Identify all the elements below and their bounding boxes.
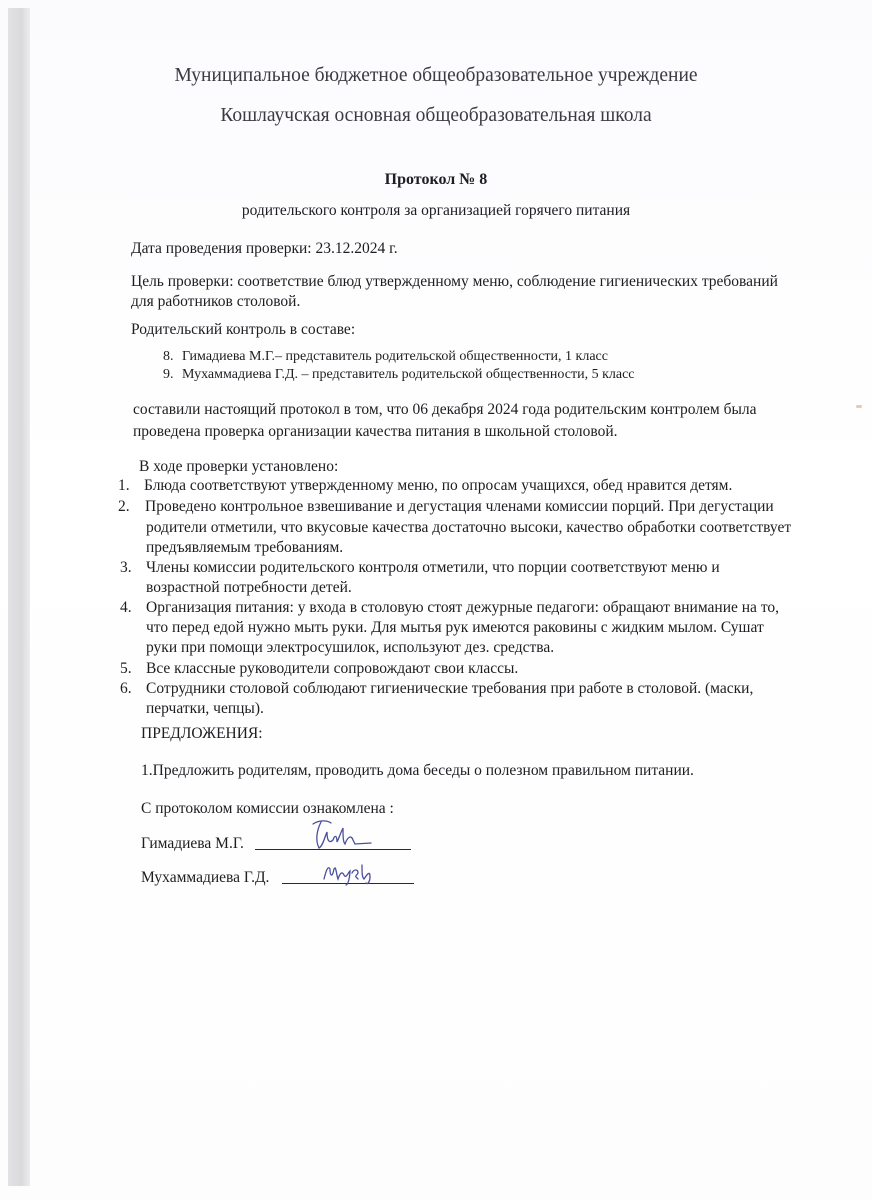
inspection-goal-line-1: Цель проверки: соответствие блюд утвержд… [131, 274, 778, 290]
finding-text: Блюда соответствуют утвержденному меню, … [144, 478, 732, 494]
handwritten-signature-icon [305, 818, 375, 854]
finding-text: Сотрудники столовой соблюдают гигиеничес… [146, 681, 753, 697]
proposals-heading: ПРЕДЛОЖЕНИЯ: [141, 726, 263, 742]
finding-text: возрастной потребности детей. [146, 580, 352, 596]
member-text: Гимадиева М.Г.– представитель родительск… [182, 350, 608, 364]
statement-line-2: проведена проверка организации качества … [133, 424, 618, 440]
scan-speck [856, 405, 862, 408]
member-text: Мухаммадиева Г.Д. – представитель родите… [182, 368, 635, 382]
proposal-item: 1.Предложить родителям, проводить дома б… [141, 763, 694, 779]
finding-text: что перед едой нужно мыть руки. Для мыть… [146, 620, 764, 636]
inspection-date: Дата проведения проверки: 23.12.2024 г. [131, 241, 398, 257]
finding-text: родители отметили, что вкусовые качества… [146, 520, 791, 536]
finding-text: предъявляемым требованиям. [146, 540, 343, 556]
acknowledgement-text: С протоколом комиссии ознакомлена : [141, 801, 394, 817]
statement-line-1: составили настоящий протокол в том, что … [133, 402, 757, 418]
list-number: 3. [120, 560, 132, 576]
protocol-subtitle: родительского контроля за организацией г… [0, 203, 872, 219]
list-number: 2. [118, 499, 130, 515]
finding-text: руки при помощи электросушилок, использу… [146, 640, 554, 656]
list-number: 5. [120, 661, 132, 677]
signatory-name: Мухаммадиева Г.Д. [141, 870, 269, 886]
finding-text: Организация питания: у входа в столовую … [146, 600, 779, 616]
list-number: 9. [163, 368, 174, 382]
scanned-page: Муниципальное бюджетное общеобразователь… [0, 0, 872, 1200]
inspection-goal-line-2: для работников столовой. [131, 294, 300, 310]
handwritten-signature-icon [318, 859, 380, 887]
finding-text: Члены комиссии родительского контроля от… [146, 560, 720, 576]
list-number: 6. [120, 681, 132, 697]
institution-line-2: Кошлаучская основная общеобразовательная… [0, 106, 872, 126]
finding-text: Все классные руководители сопровождают с… [146, 661, 518, 677]
committee-intro: Родительский контроль в составе: [131, 322, 355, 338]
protocol-title: Протокол № 8 [0, 172, 872, 188]
list-number: 1. [118, 478, 130, 494]
finding-text: Проведено контрольное взвешивание и дегу… [145, 499, 774, 515]
finding-text: перчатки, чепцы). [146, 701, 264, 717]
findings-intro: В ходе проверки установлено: [139, 459, 338, 475]
list-number: 8. [163, 350, 174, 364]
signatory-name: Гимадиева М.Г. [141, 836, 244, 852]
list-number: 4. [120, 600, 132, 616]
institution-line-1: Муниципальное бюджетное общеобразователь… [0, 66, 872, 86]
